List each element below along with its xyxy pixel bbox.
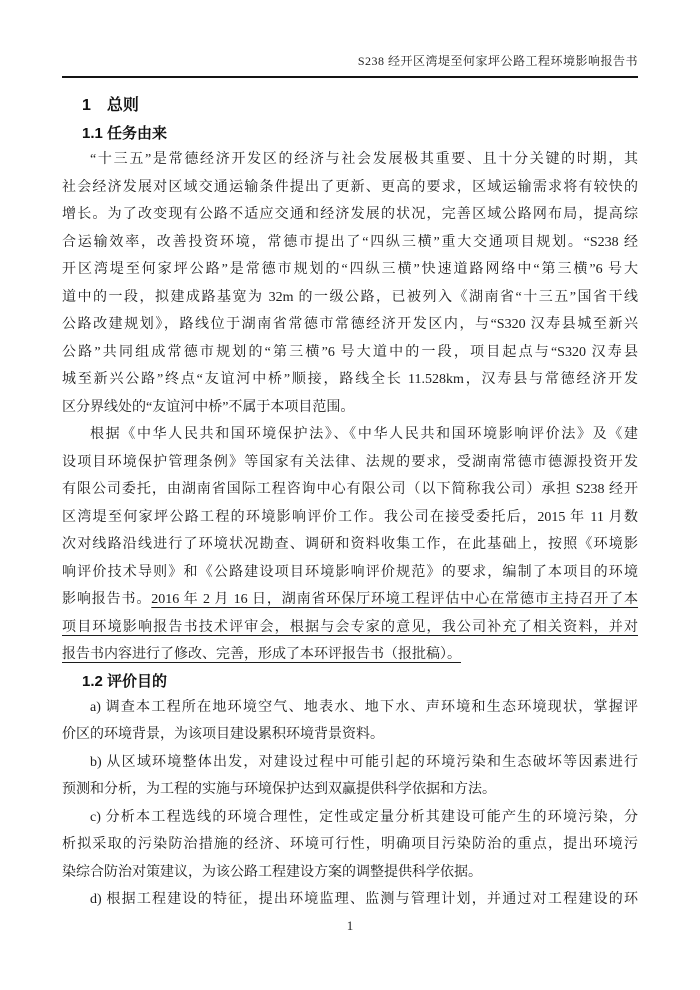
text-segment: 析拟采取的污染防治措施的经济、环境可行性，明确项目污染防治的重点，提出环境污 [62, 837, 638, 852]
text-line: 开区湾堤至何家坪公路”是常德市规划的“四纵三横”快速道路网络中“第三横”6 号大 [62, 256, 638, 284]
text-segment: 次对线路沿线进行了环境状况勘查、调研和资料收集工作，在此基础上，按照《环境影 [62, 537, 638, 552]
text-segment: 开区湾堤至何家坪公路”是常德市规划的“四纵三横”快速道路网络中“第三横”6 号大 [62, 262, 638, 277]
paragraph-purpose-b: b) 从区域环境整体出发，对建设过程中可能引起的环境污染和生态破坏等因素进行预测… [62, 749, 638, 804]
text-line: 根据《中华人民共和国环境保护法》、《中华人民共和国环境影响评价法》及《建 [62, 421, 638, 449]
section-1-heading: 1 总则 [82, 96, 638, 116]
text-line: 区湾堤至何家坪公路工程的环境影响评价工作。我公司在接受委托后，2015 年 11… [62, 504, 638, 532]
text-segment: 有限公司委托，由湖南省国际工程咨询中心有限公司（以下简称我公司）承担 S238 … [62, 482, 638, 497]
text-segment: 社会经济发展对区域交通运输条件提出了更新、更高的要求，区域运输需求将有较快的 [62, 180, 638, 195]
text-line: 公路”共同组成常德市规划的“第三横”6 号大道中的一段，项目起点与“S320 汉… [62, 339, 638, 367]
section-1-1-heading: 1.1 任务由来 [82, 125, 638, 143]
text-segment: 合运输效率，改善投资环境，常德市提出了“四纵三横”重大交通项目规划。“S238 … [62, 235, 638, 250]
text-segment: 预测和分析，为工程的实施与环境保护达到双赢提供科学依据和方法。 [62, 782, 496, 797]
text-line: 染综合防治对策建议，为该公路工程建设方案的调整提供科学依据。 [62, 859, 638, 887]
text-line: 社会经济发展对区域交通运输条件提出了更新、更高的要求，区域运输需求将有较快的 [62, 174, 638, 202]
text-line: 次对线路沿线进行了环境状况勘查、调研和资料收集工作，在此基础上，按照《环境影 [62, 531, 638, 559]
text-segment: 增长。为了改变现有公路不适应交通和经济发展的状况，完善区域公路网布局，提高综 [62, 207, 638, 222]
paragraph-purpose-a: a) 调查本工程所在地环境空气、地表水、地下水、声环境和生态环境现状，掌握评价区… [62, 694, 638, 749]
section-1-2-heading: 1.2 评价目的 [82, 673, 638, 691]
text-line: 公路改建规划》，路线位于湖南省常德市常德经济开发区内，与“S320 汉寿县城至新… [62, 311, 638, 339]
text-line: 增长。为了改变现有公路不适应交通和经济发展的状况，完善区域公路网布局，提高综 [62, 201, 638, 229]
text-line: c) 分析本工程选线的环境合理性，定性或定量分析其建设可能产生的环境污染，分 [62, 804, 638, 832]
header-rule [62, 76, 638, 78]
text-segment: b) 从区域环境整体出发，对建设过程中可能引起的环境污染和生态破坏等因素进行 [90, 755, 638, 770]
text-segment: 公路改建规划》，路线位于湖南省常德市常德经济开发区内，与“S320 汉寿县城至新… [62, 317, 638, 332]
text-line: 价区的环境背景，为该项目建设累积环境背景资料。 [62, 721, 638, 749]
text-line: 道中的一段，拟建成路基宽为 32m 的一级公路，已被列入《湖南省“十三五”国省干… [62, 284, 638, 312]
text-segment: 公路”共同组成常德市规划的“第三横”6 号大道中的一段，项目起点与“S320 汉… [62, 345, 638, 360]
text-segment: d) 根据工程建设的特征，提出环境监理、监测与管理计划，并通过对工程建设的环 [90, 892, 638, 907]
text-line: 响评价技术导则》和《公路建设项目环境影响评价规范》的要求，编制了本项目的环境 [62, 559, 638, 587]
text-line: 析拟采取的污染防治措施的经济、环境可行性，明确项目污染防治的重点，提出环境污 [62, 831, 638, 859]
text-segment: 根据《中华人民共和国环境保护法》、《中华人民共和国环境影响评价法》及《建 [90, 427, 638, 442]
text-line: 报告书内容进行了修改、完善，形成了本环评报告书（报批稿）。 [62, 641, 638, 669]
text-line: 项目环境影响报告书技术评审会，根据与会专家的意见，我公司补充了相关资料，并对 [62, 614, 638, 642]
paragraph-task-origin-2: 根据《中华人民共和国环境保护法》、《中华人民共和国环境影响评价法》及《建设项目环… [62, 421, 638, 669]
text-segment: 区湾堤至何家坪公路工程的环境影响评价工作。我公司在接受委托后，2015 年 11… [62, 510, 638, 525]
text-segment: 价区的环境背景，为该项目建设累积环境背景资料。 [62, 727, 384, 742]
paragraph-purpose-c: c) 分析本工程选线的环境合理性，定性或定量分析其建设可能产生的环境污染，分析拟… [62, 804, 638, 887]
text-line: b) 从区域环境整体出发，对建设过程中可能引起的环境污染和生态破坏等因素进行 [62, 749, 638, 777]
text-segment: c) 分析本工程选线的环境合理性，定性或定量分析其建设可能产生的环境污染，分 [90, 810, 638, 825]
underlined-text: 报告书内容进行了修改、完善，形成了本环评报告书（报批稿）。 [62, 647, 461, 662]
text-line: a) 调查本工程所在地环境空气、地表水、地下水、声环境和生态环境现状，掌握评 [62, 694, 638, 722]
text-line: 设项目环境保护管理条例》等国家有关法律、法规的要求，受湖南常德市德源投资开发 [62, 449, 638, 477]
text-line: 区分界线处的“友谊河中桥”不属于本项目范围。 [62, 394, 638, 422]
underlined-text: 2016 年 2 月 16 日，湖南省环保厅环境工程评估中心在常德市主持召开了本 [151, 592, 638, 607]
text-segment: 响评价技术导则》和《公路建设项目环境影响评价规范》的要求，编制了本项目的环境 [62, 565, 638, 580]
running-header: S238 经开区湾堤至何家坪公路工程环境影响报告书 [62, 53, 638, 69]
text-segment: a) 调查本工程所在地环境空气、地表水、地下水、声环境和生态环境现状，掌握评 [90, 700, 638, 715]
underlined-text: 项目环境影响报告书技术评审会，根据与会专家的意见，我公司补充了相关资料，并对 [62, 620, 638, 635]
text-line: “十三五”是常德经济开发区的经济与社会发展极其重要、且十分关键的时期，其 [62, 146, 638, 174]
text-line: 有限公司委托，由湖南省国际工程咨询中心有限公司（以下简称我公司）承担 S238 … [62, 476, 638, 504]
page-number: 1 [0, 918, 700, 934]
text-line: 城至新兴公路”终点“友谊河中桥”顺接，路线全长 11.528km，汉寿县与常德经… [62, 366, 638, 394]
text-line: 合运输效率，改善投资环境，常德市提出了“四纵三横”重大交通项目规划。“S238 … [62, 229, 638, 257]
text-segment: 城至新兴公路”终点“友谊河中桥”顺接，路线全长 11.528km，汉寿县与常德经… [62, 372, 638, 387]
text-line: d) 根据工程建设的特征，提出环境监理、监测与管理计划，并通过对工程建设的环 [62, 886, 638, 914]
report-page: S238 经开区湾堤至何家坪公路工程环境影响报告书 1 总则1.1 任务由来“十… [0, 0, 700, 990]
text-segment: “十三五”是常德经济开发区的经济与社会发展极其重要、且十分关键的时期，其 [90, 152, 638, 167]
text-line: 预测和分析，为工程的实施与环境保护达到双赢提供科学依据和方法。 [62, 776, 638, 804]
text-line: 影响报告书。2016 年 2 月 16 日，湖南省环保厅环境工程评估中心在常德市… [62, 586, 638, 614]
text-segment: 道中的一段，拟建成路基宽为 32m 的一级公路，已被列入《湖南省“十三五”国省干… [62, 290, 638, 305]
text-segment: 影响报告书。 [62, 592, 151, 607]
paragraph-task-origin-1: “十三五”是常德经济开发区的经济与社会发展极其重要、且十分关键的时期，其社会经济… [62, 146, 638, 421]
document-body: 1 总则1.1 任务由来“十三五”是常德经济开发区的经济与社会发展极其重要、且十… [62, 88, 638, 914]
text-segment: 染综合防治对策建议，为该公路工程建设方案的调整提供科学依据。 [62, 865, 482, 880]
paragraph-purpose-d: d) 根据工程建设的特征，提出环境监理、监测与管理计划，并通过对工程建设的环 [62, 886, 638, 914]
text-segment: 区分界线处的“友谊河中桥”不属于本项目范围。 [62, 400, 354, 415]
text-segment: 设项目环境保护管理条例》等国家有关法律、法规的要求，受湖南常德市德源投资开发 [62, 455, 638, 470]
